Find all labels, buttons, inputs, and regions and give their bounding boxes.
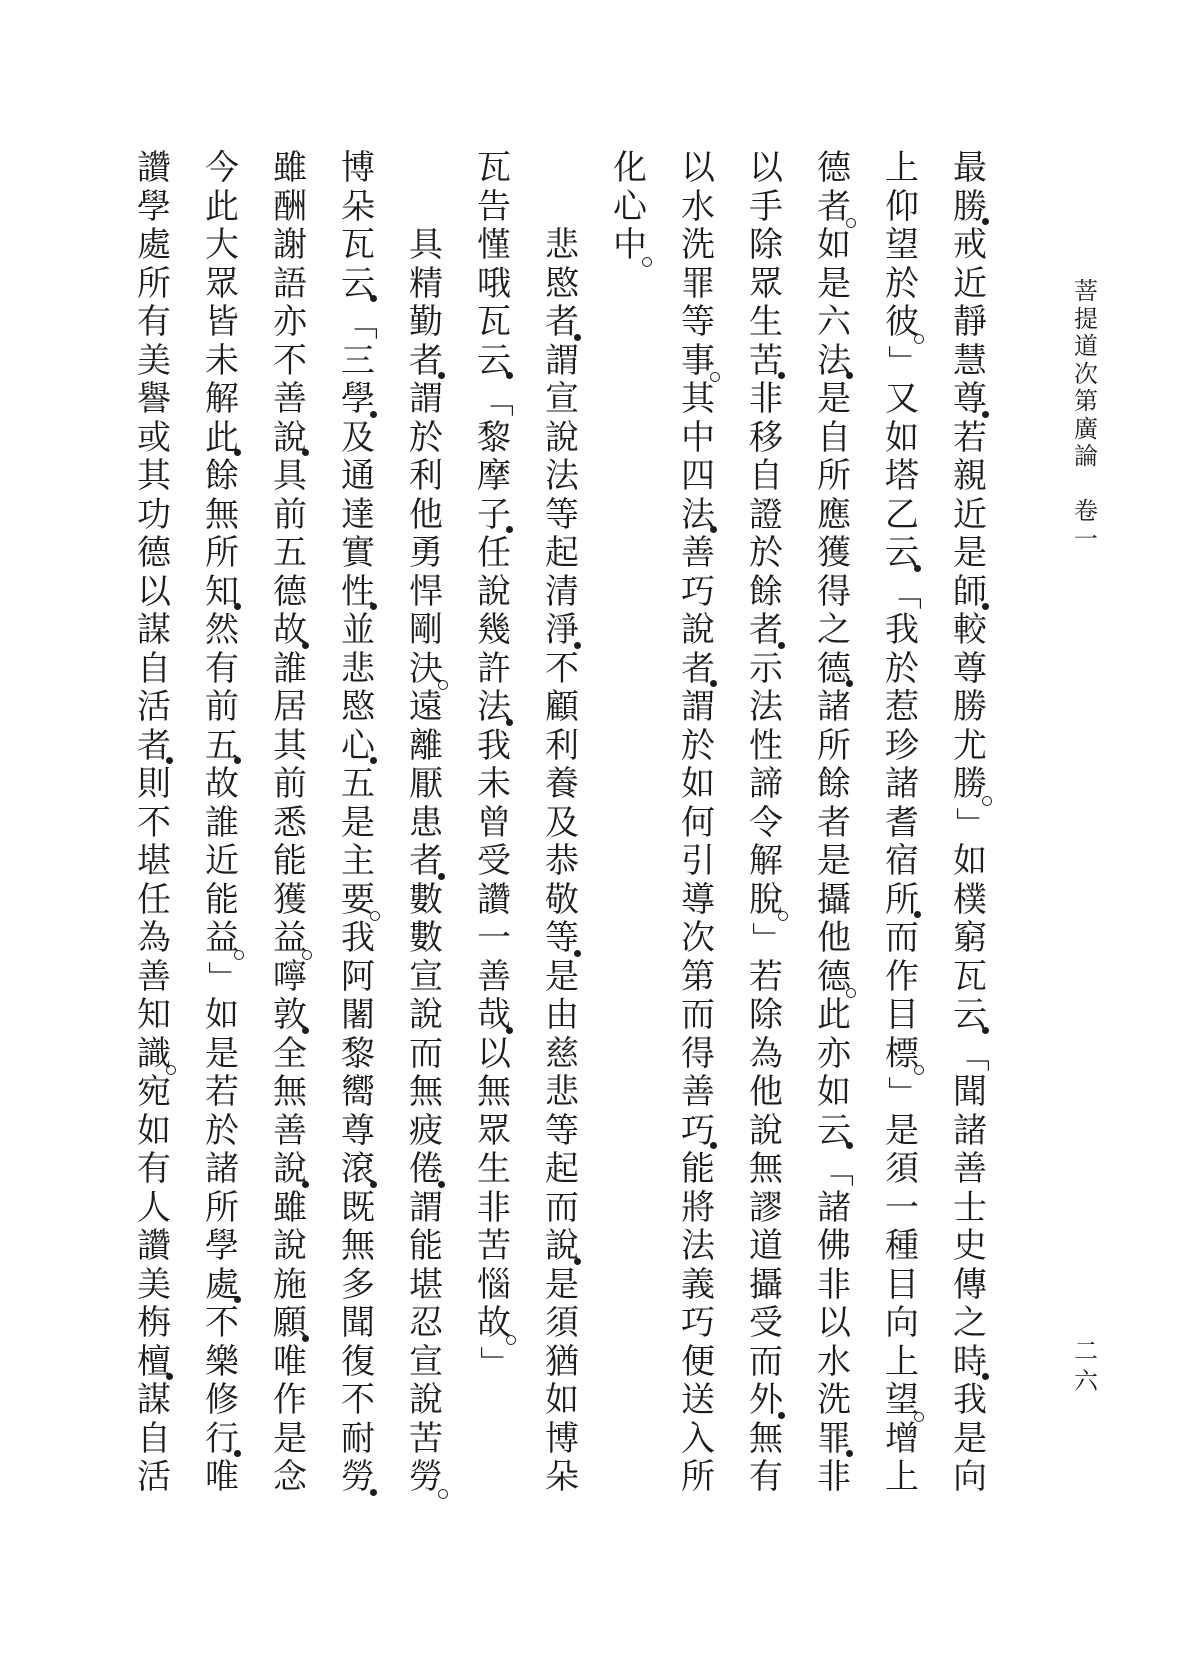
glyph: 樸: [950, 884, 990, 918]
glyph: 樂: [202, 1346, 242, 1380]
glyph: 目: [882, 999, 922, 1033]
glyph: 令: [746, 807, 786, 841]
glyph: 所: [814, 730, 854, 764]
glyph: 闍: [338, 999, 378, 1033]
glyph: 佛: [814, 1230, 854, 1264]
glyph: 疲: [406, 1115, 446, 1149]
stop-circle: [438, 1489, 448, 1499]
glyph: 」: [477, 1343, 511, 1383]
glyph: 美: [134, 1269, 174, 1303]
glyph: 道: [1066, 335, 1106, 359]
glyph: 菩: [1066, 280, 1106, 304]
glyph: 無: [270, 1076, 310, 1110]
glyph: 「: [341, 303, 375, 343]
glyph: 朵: [338, 191, 378, 225]
glyph: 愍: [338, 691, 378, 725]
glyph: 將: [678, 1192, 718, 1226]
glyph: 中: [678, 422, 718, 456]
glyph: 道: [746, 1230, 786, 1264]
glyph: 諸: [950, 1115, 990, 1149]
glyph: 亦: [270, 306, 310, 340]
glyph: 謀: [134, 614, 174, 648]
glyph: 罪: [678, 268, 718, 302]
glyph: 及: [542, 807, 582, 841]
stop-dot: [166, 757, 173, 764]
glyph: 較: [950, 614, 990, 648]
glyph: 親: [950, 460, 990, 494]
glyph: 」: [885, 342, 919, 382]
glyph: 既: [338, 1192, 378, 1226]
glyph: 自: [746, 460, 786, 494]
glyph: 苦: [406, 1423, 446, 1457]
glyph: 精: [406, 268, 446, 302]
glyph: 尤: [950, 730, 990, 764]
glyph: 於: [882, 653, 922, 687]
glyph: 上: [882, 1461, 922, 1495]
stop-dot: [982, 1373, 989, 1380]
glyph: 故: [202, 768, 242, 802]
glyph: 遠: [406, 691, 446, 725]
glyph: 解: [746, 845, 786, 879]
glyph: 」: [953, 804, 987, 844]
glyph: 栴: [134, 1307, 174, 1341]
glyph: 二: [1066, 1340, 1106, 1364]
glyph: 傳: [950, 1269, 990, 1303]
glyph: 眾: [474, 1115, 514, 1149]
glyph: 獲: [270, 884, 310, 918]
glyph: 活: [134, 691, 174, 725]
glyph: 以: [474, 1038, 514, 1072]
stop-dot: [710, 680, 717, 687]
glyph: 敬: [542, 884, 582, 918]
glyph: 化: [610, 152, 650, 186]
glyph: 阿: [338, 961, 378, 995]
glyph: 為: [134, 922, 174, 956]
glyph: 善: [134, 961, 174, 995]
glyph: 唯: [270, 1346, 310, 1380]
glyph: 以: [134, 576, 174, 610]
stop-dot: [506, 719, 513, 726]
glyph: 忍: [406, 1307, 446, 1341]
glyph: 等: [542, 1115, 582, 1149]
glyph: 所: [134, 268, 174, 302]
glyph: 念: [270, 1461, 310, 1495]
glyph: 塔: [882, 460, 922, 494]
glyph: 生: [474, 1153, 514, 1187]
glyph: 聞: [338, 1307, 378, 1341]
stop-dot: [574, 334, 581, 341]
glyph: 近: [202, 845, 242, 879]
glyph: 有: [746, 1461, 786, 1495]
glyph: 一: [1066, 528, 1106, 552]
glyph: 史: [950, 1230, 990, 1264]
glyph: 士: [950, 1192, 990, 1226]
glyph: 無: [406, 1076, 446, 1110]
glyph: 一: [474, 922, 514, 956]
stop-dot: [302, 1335, 309, 1342]
glyph: 是: [542, 1269, 582, 1303]
stop-dot: [234, 757, 241, 764]
glyph: 堪: [134, 845, 174, 879]
glyph: 恭: [542, 845, 582, 879]
glyph: 如: [950, 845, 990, 879]
glyph: 說: [406, 1384, 446, 1418]
glyph: 餘: [814, 768, 854, 802]
glyph: 能: [678, 1153, 718, 1187]
glyph: 善: [270, 383, 310, 417]
glyph: 告: [474, 191, 514, 225]
glyph: 廣: [1066, 418, 1106, 442]
stop-dot: [302, 642, 309, 649]
glyph: 證: [746, 499, 786, 533]
glyph: 巧: [678, 576, 718, 610]
glyph: 聞: [950, 1076, 990, 1110]
glyph: 前: [270, 499, 310, 533]
stop-dot: [234, 449, 241, 456]
glyph: 功: [134, 499, 174, 533]
glyph: 學: [202, 1230, 242, 1264]
glyph: 施: [270, 1269, 310, 1303]
glyph: 他: [814, 922, 854, 956]
glyph: 誰: [202, 807, 242, 841]
glyph: 論: [1066, 445, 1106, 469]
glyph: 自: [134, 653, 174, 687]
glyph: 愍: [542, 268, 582, 302]
glyph: 語: [270, 268, 310, 302]
glyph: 於: [678, 730, 718, 764]
glyph: 種: [882, 1230, 922, 1264]
glyph: 譽: [134, 383, 174, 417]
stop-dot: [370, 1489, 377, 1496]
glyph: 不: [542, 653, 582, 687]
glyph: 」: [749, 919, 783, 959]
glyph: 所: [814, 460, 854, 494]
stop-dot: [370, 603, 377, 610]
glyph: 送: [678, 1384, 718, 1418]
glyph: 眾: [746, 268, 786, 302]
glyph: 獲: [814, 537, 854, 571]
stop-dot: [914, 911, 921, 918]
stop-dot: [370, 757, 377, 764]
glyph: 悲: [542, 229, 582, 263]
glyph: 是: [270, 1423, 310, 1457]
stop-dot: [302, 1181, 309, 1188]
glyph: 德: [270, 576, 310, 610]
glyph: 人: [134, 1192, 174, 1226]
stop-dot: [166, 1373, 173, 1380]
glyph: 悉: [270, 807, 310, 841]
glyph: 嚀: [270, 961, 310, 995]
glyph: 誰: [270, 653, 310, 687]
glyph: 窮: [950, 922, 990, 956]
glyph: 剛: [406, 614, 446, 648]
glyph: 黎: [338, 1038, 378, 1072]
glyph: 說: [678, 614, 718, 648]
glyph: 摩: [474, 460, 514, 494]
glyph: 謂: [406, 1192, 446, 1226]
stop-dot: [710, 526, 717, 533]
glyph: 非: [474, 1192, 514, 1226]
glyph: 非: [814, 1461, 854, 1495]
glyph: 處: [134, 229, 174, 263]
glyph: 能: [406, 1230, 446, 1264]
glyph: 是: [814, 845, 854, 879]
glyph: 悲: [542, 1076, 582, 1110]
glyph: 無: [338, 1230, 378, 1264]
glyph: 未: [474, 768, 514, 802]
glyph: 不: [134, 807, 174, 841]
glyph: 非: [746, 383, 786, 417]
glyph: 亦: [814, 1038, 854, 1072]
stop-dot: [370, 1181, 377, 1188]
glyph: 若: [950, 422, 990, 456]
glyph: 能: [270, 845, 310, 879]
glyph: 珍: [882, 730, 922, 764]
glyph: 移: [746, 422, 786, 456]
glyph: 由: [542, 999, 582, 1033]
stop-dot: [778, 372, 785, 379]
glyph: 不: [338, 1384, 378, 1418]
glyph: 清: [542, 576, 582, 610]
glyph: 於: [406, 422, 446, 456]
glyph: 多: [338, 1269, 378, 1303]
glyph: 於: [202, 1115, 242, 1149]
glyph: 又: [882, 383, 922, 417]
glyph: 慈: [542, 1038, 582, 1072]
glyph: 第: [1066, 390, 1106, 414]
glyph: 雖: [270, 1192, 310, 1226]
glyph: 利: [542, 730, 582, 764]
stop-dot: [506, 526, 513, 533]
stop-dot: [778, 642, 785, 649]
glyph: 此: [814, 999, 854, 1033]
glyph: 引: [678, 845, 718, 879]
glyph: 通: [338, 460, 378, 494]
glyph: 酬: [270, 191, 310, 225]
glyph: 向: [950, 1461, 990, 1495]
glyph: 不: [270, 345, 310, 379]
stop-dot: [574, 950, 581, 957]
glyph: 他: [746, 1076, 786, 1110]
glyph: 曾: [474, 807, 514, 841]
glyph: 如: [134, 1115, 174, 1149]
glyph: 美: [134, 345, 174, 379]
glyph: 瓦: [338, 229, 378, 263]
glyph: 須: [542, 1307, 582, 1341]
glyph: 苦: [474, 1230, 514, 1264]
glyph: 解: [202, 383, 242, 417]
glyph: 無: [746, 1153, 786, 1187]
glyph: 仰: [882, 191, 922, 225]
glyph: 如: [678, 768, 718, 802]
glyph: 今: [202, 152, 242, 186]
glyph: 其: [134, 460, 174, 494]
glyph: 以: [814, 1307, 854, 1341]
glyph: 宣: [542, 383, 582, 417]
glyph: 「: [953, 1035, 987, 1075]
glyph: 我: [950, 1384, 990, 1418]
glyph: 戒: [950, 229, 990, 263]
glyph: 法: [746, 691, 786, 725]
glyph: 「: [885, 573, 919, 613]
glyph: 瓦: [474, 306, 514, 340]
glyph: 示: [746, 653, 786, 687]
stop-dot: [438, 372, 445, 379]
glyph: 應: [814, 499, 854, 533]
glyph: 若: [202, 1076, 242, 1110]
glyph: 攝: [814, 884, 854, 918]
glyph: 六: [1066, 1370, 1106, 1394]
glyph: 許: [474, 653, 514, 687]
glyph: 勤: [406, 306, 446, 340]
glyph: 等: [678, 306, 718, 340]
glyph: 餘: [746, 576, 786, 610]
glyph: 而: [882, 922, 922, 956]
glyph: 唯: [202, 1461, 242, 1495]
glyph: 其: [678, 383, 718, 417]
stop-dot: [370, 295, 377, 302]
glyph: 靜: [950, 306, 990, 340]
glyph: 謂: [406, 383, 446, 417]
glyph: 而: [678, 999, 718, 1033]
glyph: 五: [270, 537, 310, 571]
book-page: 菩提道次第廣論卷一 最勝戒近靜慧尊若親近是師較尊勝尤勝」如樸窮瓦云「聞諸善士史傳…: [0, 0, 1181, 1653]
stop-dot: [234, 1450, 241, 1457]
glyph: 是: [814, 268, 854, 302]
glyph: 何: [678, 807, 718, 841]
glyph: 讚: [134, 152, 174, 186]
glyph: 活: [134, 1461, 174, 1495]
glyph: 是: [814, 383, 854, 417]
glyph: 上: [882, 152, 922, 186]
glyph: 及: [338, 422, 378, 456]
glyph: 得: [678, 1038, 718, 1072]
glyph: 作: [270, 1384, 310, 1418]
glyph: 知: [134, 999, 174, 1033]
glyph: 厭: [406, 768, 446, 802]
glyph: 任: [134, 884, 174, 918]
glyph: 向: [882, 1307, 922, 1341]
glyph: 卷: [1066, 500, 1106, 524]
stop-dot: [982, 1027, 989, 1034]
stop-dot: [778, 1412, 785, 1419]
glyph: 六: [814, 306, 854, 340]
glyph: 說: [406, 999, 446, 1033]
glyph: 讚: [474, 884, 514, 918]
glyph: 除: [746, 229, 786, 263]
glyph: 而: [406, 1038, 446, 1072]
glyph: 須: [882, 1153, 922, 1187]
glyph: 善: [270, 1115, 310, 1149]
glyph: 宣: [406, 1346, 446, 1380]
glyph: 勇: [406, 537, 446, 571]
glyph: 我: [338, 922, 378, 956]
glyph: 是: [338, 807, 378, 841]
glyph: 並: [338, 614, 378, 648]
stop-dot: [302, 1027, 309, 1034]
glyph: 最: [950, 152, 990, 186]
glyph: 之: [814, 614, 854, 648]
glyph: 等: [542, 499, 582, 533]
glyph: 而: [542, 1192, 582, 1226]
glyph: 導: [678, 884, 718, 918]
glyph: 瓦: [950, 961, 990, 995]
glyph: 讚: [134, 1230, 174, 1264]
glyph: 嚮: [338, 1076, 378, 1110]
glyph: 謂: [542, 345, 582, 379]
glyph: 我: [882, 614, 922, 648]
stop-dot: [234, 1296, 241, 1303]
glyph: 堪: [406, 1269, 446, 1303]
glyph: 居: [270, 691, 310, 725]
glyph: 自: [134, 1423, 174, 1457]
glyph: 作: [882, 961, 922, 995]
glyph: 除: [746, 999, 786, 1033]
glyph: 之: [950, 1307, 990, 1341]
glyph: 諸: [814, 691, 854, 725]
glyph: 如: [542, 1384, 582, 1418]
glyph: 三: [338, 345, 378, 379]
glyph: 無: [474, 1076, 514, 1110]
glyph: 義: [678, 1269, 718, 1303]
glyph: 巧: [678, 1307, 718, 1341]
glyph: 得: [814, 576, 854, 610]
glyph: 洗: [678, 229, 718, 263]
glyph: 次: [1066, 363, 1106, 387]
stop-dot: [574, 1258, 581, 1265]
glyph: 無: [202, 499, 242, 533]
glyph: 具: [406, 229, 446, 263]
glyph: 近: [950, 268, 990, 302]
glyph: 謂: [678, 691, 718, 725]
stop-dot: [574, 642, 581, 649]
glyph: 悲: [338, 653, 378, 687]
glyph: 無: [746, 1423, 786, 1457]
glyph: 法: [542, 460, 582, 494]
glyph: 善: [678, 1076, 718, 1110]
glyph: 以: [678, 152, 718, 186]
glyph: 水: [814, 1346, 854, 1380]
glyph: 謬: [746, 1192, 786, 1226]
glyph: 主: [338, 845, 378, 879]
glyph: 幾: [474, 614, 514, 648]
glyph: 前: [270, 768, 310, 802]
glyph: 任: [474, 537, 514, 571]
glyph: 心: [610, 191, 650, 225]
glyph: 「: [477, 380, 511, 420]
glyph: 望: [882, 229, 922, 263]
glyph: 所: [202, 537, 242, 571]
glyph: 則: [134, 768, 174, 802]
glyph: 為: [746, 1038, 786, 1072]
glyph: 次: [678, 922, 718, 956]
glyph: 是: [542, 961, 582, 995]
glyph: 受: [474, 845, 514, 879]
glyph: 非: [814, 1269, 854, 1303]
stop-dot: [982, 411, 989, 418]
glyph: 說: [746, 1115, 786, 1149]
glyph: 達: [338, 499, 378, 533]
glyph: 然: [202, 614, 242, 648]
glyph: 數: [406, 922, 446, 956]
stop-dot: [846, 680, 853, 687]
glyph: 具: [270, 460, 310, 494]
glyph: 皆: [202, 306, 242, 340]
glyph: 便: [678, 1346, 718, 1380]
glyph: 於: [746, 537, 786, 571]
glyph: 耐: [338, 1423, 378, 1457]
glyph: 離: [406, 730, 446, 764]
